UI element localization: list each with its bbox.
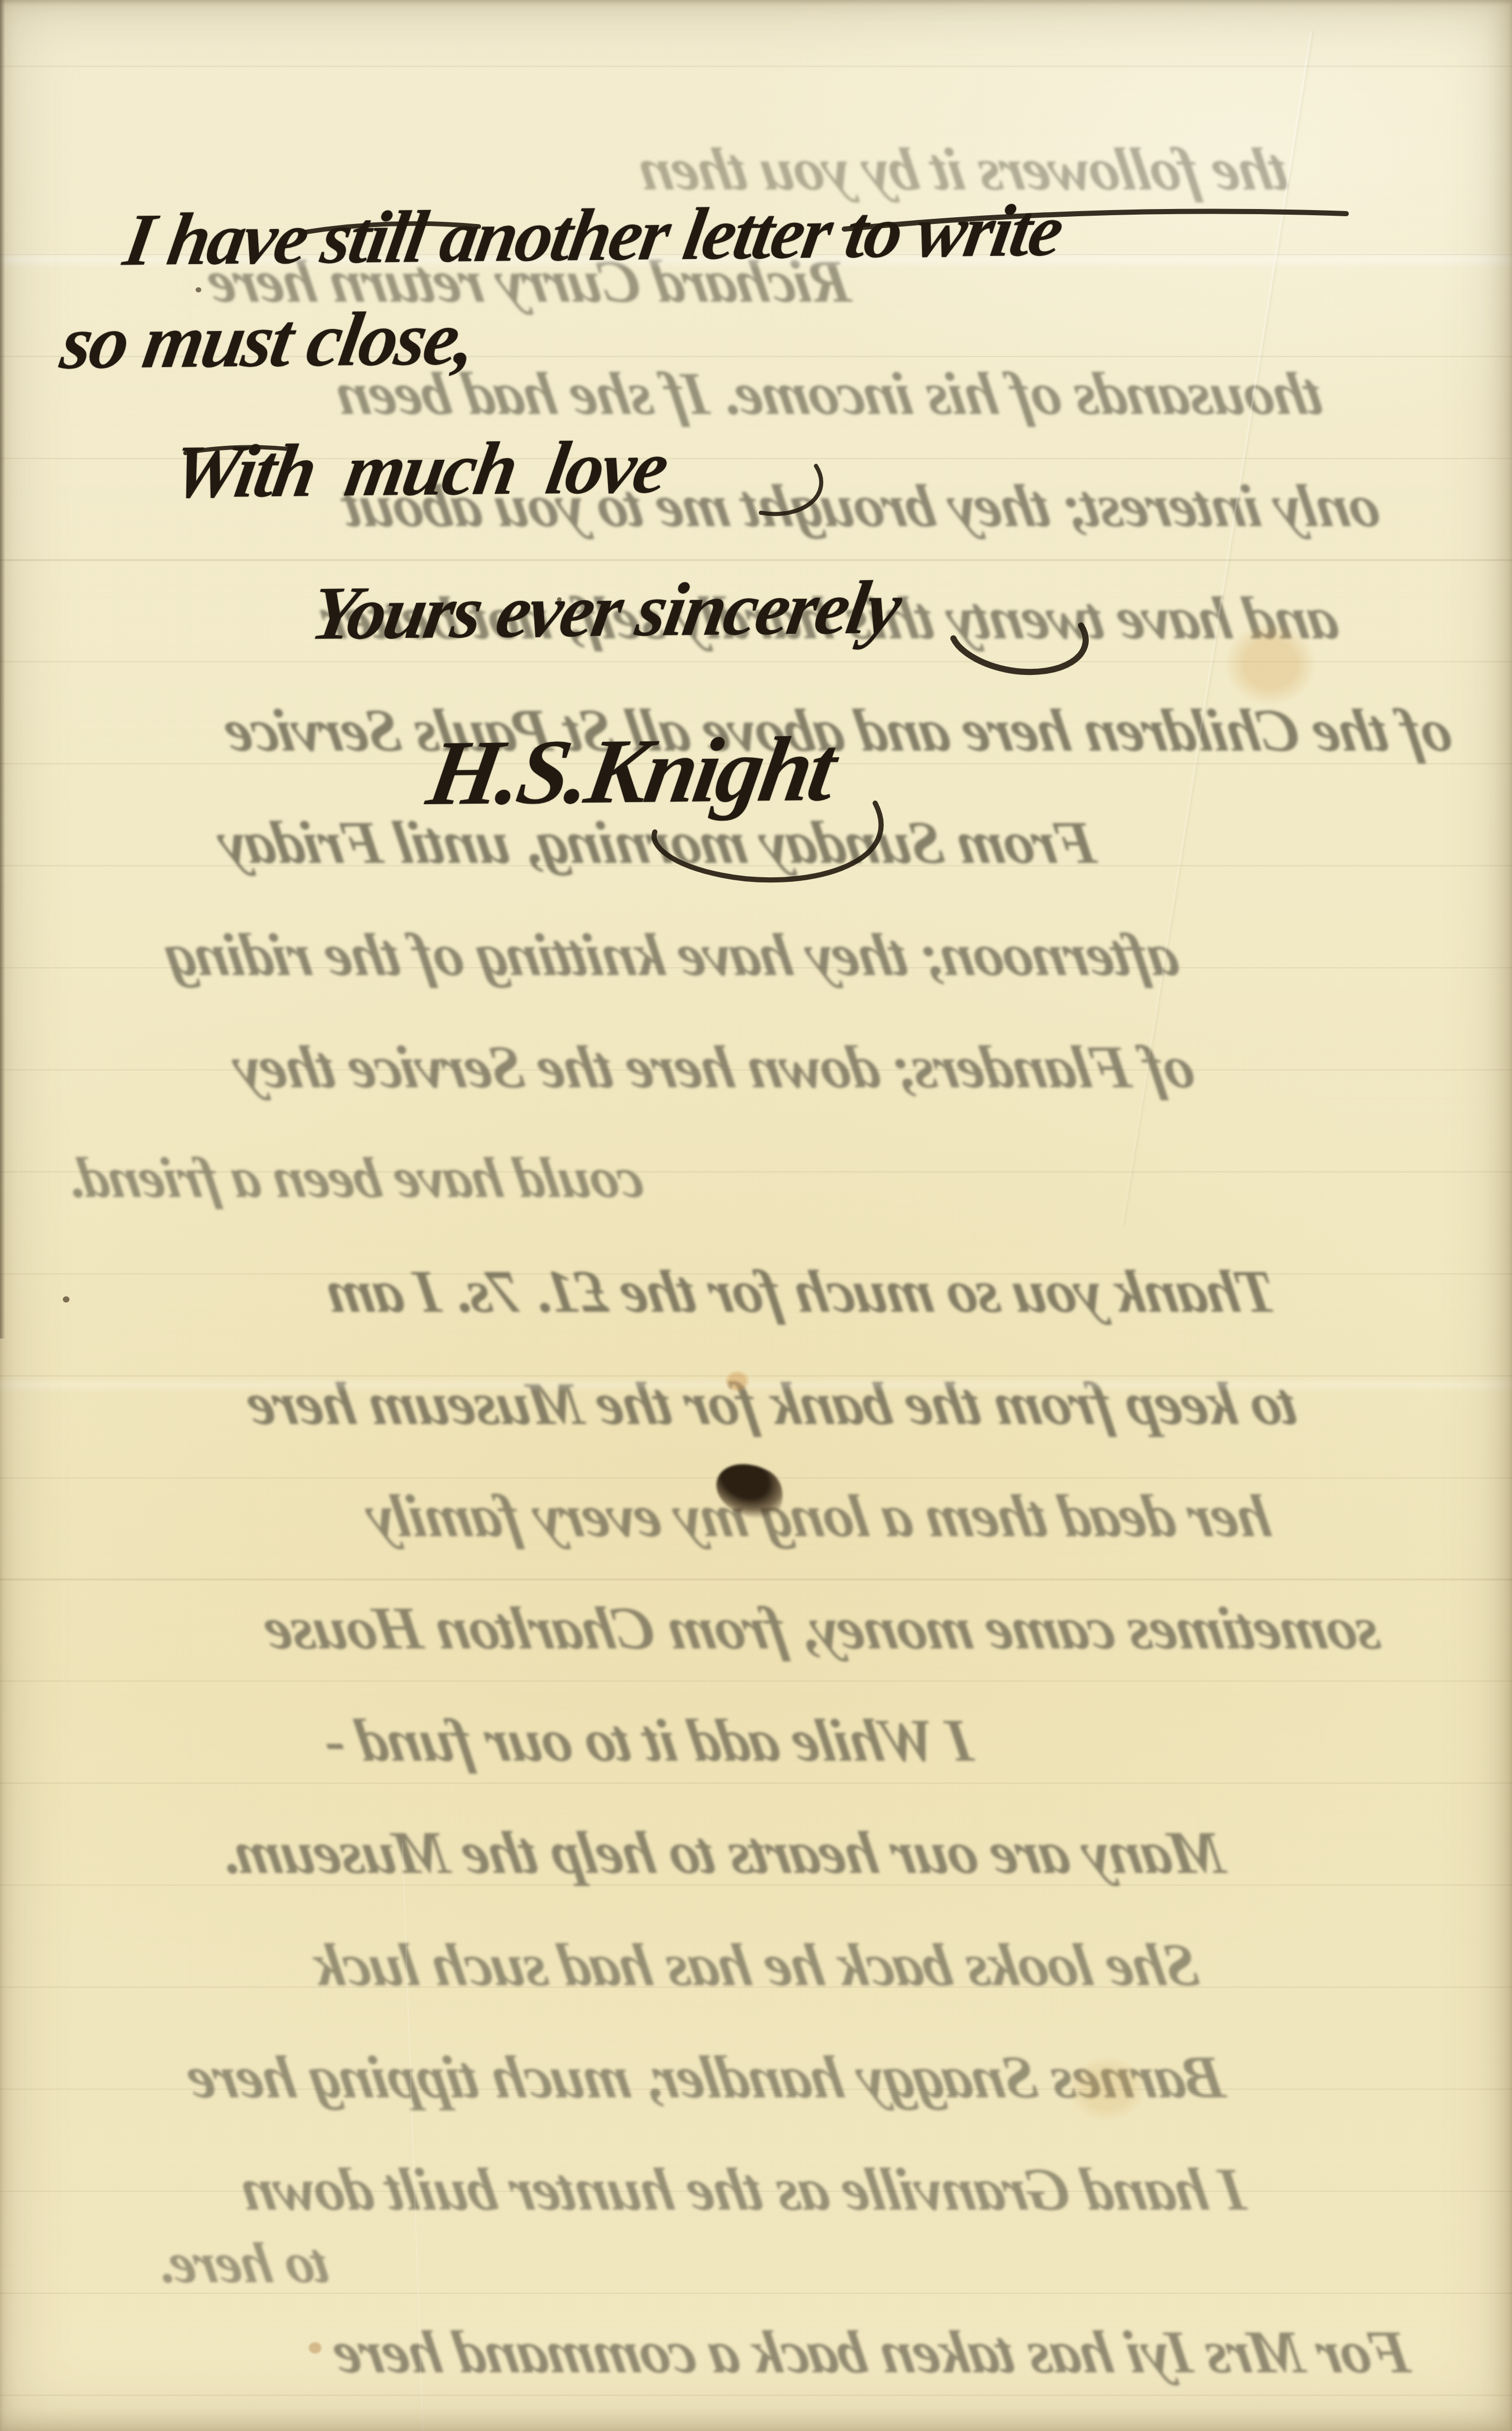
love-tail-flourish [761,466,821,514]
pen-flourishes [0,0,1512,2431]
t-bar-stroke [185,447,288,453]
signature-flourish [654,803,881,880]
sincerely-flourish [953,626,1086,672]
letter-page: the followers it by you then Richard Cur… [0,0,1512,2431]
t-bar-stroke [301,223,479,233]
t-bar-stroke [844,211,1346,229]
